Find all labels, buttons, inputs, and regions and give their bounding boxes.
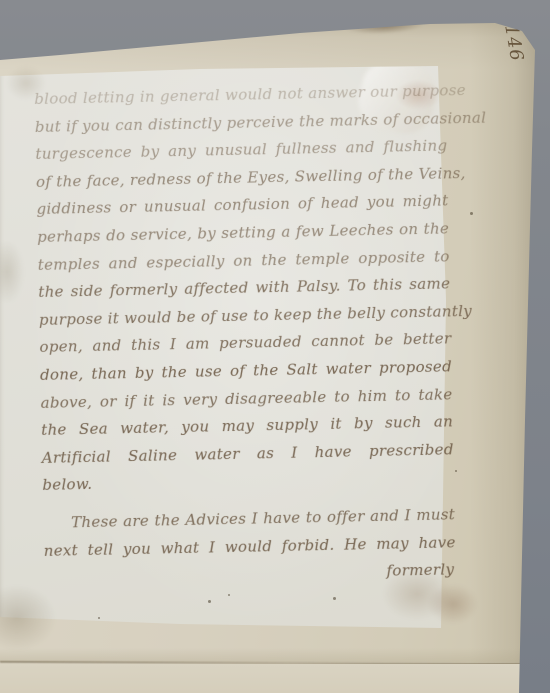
page-bottom-band <box>0 664 522 693</box>
fold-shadow <box>0 648 522 662</box>
stain-bottom-right <box>428 584 478 624</box>
ink-speck <box>98 617 100 619</box>
ink-speck <box>333 597 336 600</box>
page-edge-shading <box>470 0 550 693</box>
photo-backdrop: 146 blood letting in general would not a… <box>0 0 550 693</box>
letter-text-block: blood letting in general would not answe… <box>34 77 457 592</box>
ink-speck <box>455 470 457 472</box>
stain-top-left <box>6 66 46 100</box>
ink-speck <box>208 600 211 603</box>
ink-speck <box>470 212 473 215</box>
album-page: 146 blood letting in general would not a… <box>0 0 550 693</box>
ink-speck <box>228 594 230 596</box>
